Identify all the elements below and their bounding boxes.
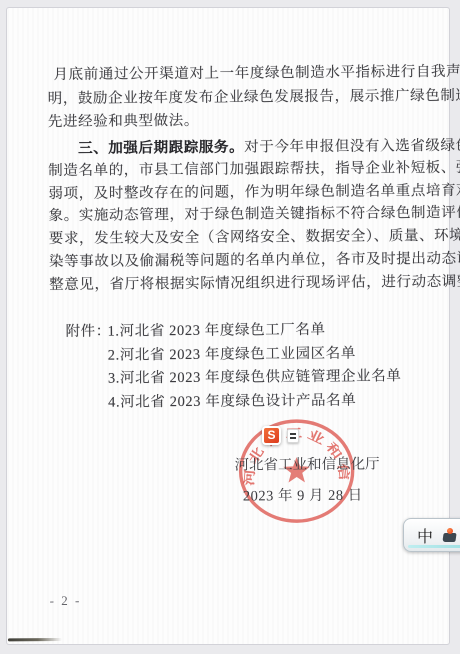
section-heading: 三、加强后期跟踪服务。 — [78, 140, 244, 157]
body-line: 弱项，及时整改存在的问题，作为明年绿色制造名单重点培育对 — [48, 179, 460, 203]
ime-language-bar[interactable]: 中 — [403, 518, 460, 552]
body-line: 象。实施动态管理，对于绿色制造关键指标不符合绿色制造评价 — [49, 201, 460, 225]
document-content: 月底前通过公开渠道对上一年度绿色制造水平指标进行自我声 明，鼓励企业按年度发布企… — [5, 6, 452, 645]
ime-keyboard-icon[interactable] — [441, 528, 458, 543]
attachment-item: 1.河北省 2023 年度绿色工厂名单 — [107, 318, 325, 341]
body-line: 染等事故以及偷漏税等问题的名单内单位，各市及时提出动态调 — [49, 247, 460, 271]
screenshot-canvas: 月底前通过公开渠道对上一年度绿色制造水平指标进行自我声 明，鼓励企业按年度发布企… — [0, 0, 460, 654]
attachment-item: 2.河北省 2023 年度绿色工业园区名单 — [108, 342, 356, 365]
issuing-agency: 河北省工业和信息化厅 — [235, 452, 380, 474]
extension-s-badge-icon[interactable]: S — [262, 426, 281, 445]
ime-mode-toggle[interactable]: 中 — [417, 524, 433, 547]
body-line: 整意见，省厅将根据实际情况组织进行现场评估，进行动态调整。 — [49, 270, 460, 294]
seal-ring-text: 河北省工业和信息化厅 — [224, 407, 352, 487]
attachments-label: 附件： — [65, 320, 110, 341]
attachment-item: 3.河北省 2023 年度绿色供应链管理企业名单 — [108, 364, 402, 387]
scanned-document-page: 月底前通过公开渠道对上一年度绿色制造水平指标进行自我声 明，鼓励企业按年度发布企… — [6, 7, 450, 645]
ime-status-dot — [447, 528, 453, 534]
body-line: 制造名单的，市县工信部门加强跟踪帮扶，指导企业补短板、强 — [48, 156, 460, 180]
page-number: - 2 - — [50, 593, 82, 609]
body-line: 明，鼓励企业按年度发布企业绿色发展报告，展示推广绿色制造 — [48, 84, 460, 108]
issue-date: 2023 年 9 月 28 日 — [243, 484, 363, 506]
section-heading-line: 三、加强后期跟踪服务。对于今年申报但没有入选省级绿色 — [78, 134, 460, 158]
body-line: 月底前通过公开渠道对上一年度绿色制造水平指标进行自我声 — [53, 60, 460, 84]
scan-shadow-artifact — [8, 638, 62, 641]
keyboard-key-shape — [442, 533, 456, 542]
extension-drag-handle-icon[interactable] — [287, 429, 299, 443]
svg-text:河北省工业和信息化厅: 河北省工业和信息化厅 — [224, 407, 352, 487]
body-line: 先进经验和典型做法。 — [48, 109, 199, 131]
section-heading-rest: 对于今年申报但没有入选省级绿色 — [244, 138, 460, 156]
body-line: 要求，发生较大及安全（含网络安全、数据安全）、质量、环境污 — [49, 224, 460, 248]
